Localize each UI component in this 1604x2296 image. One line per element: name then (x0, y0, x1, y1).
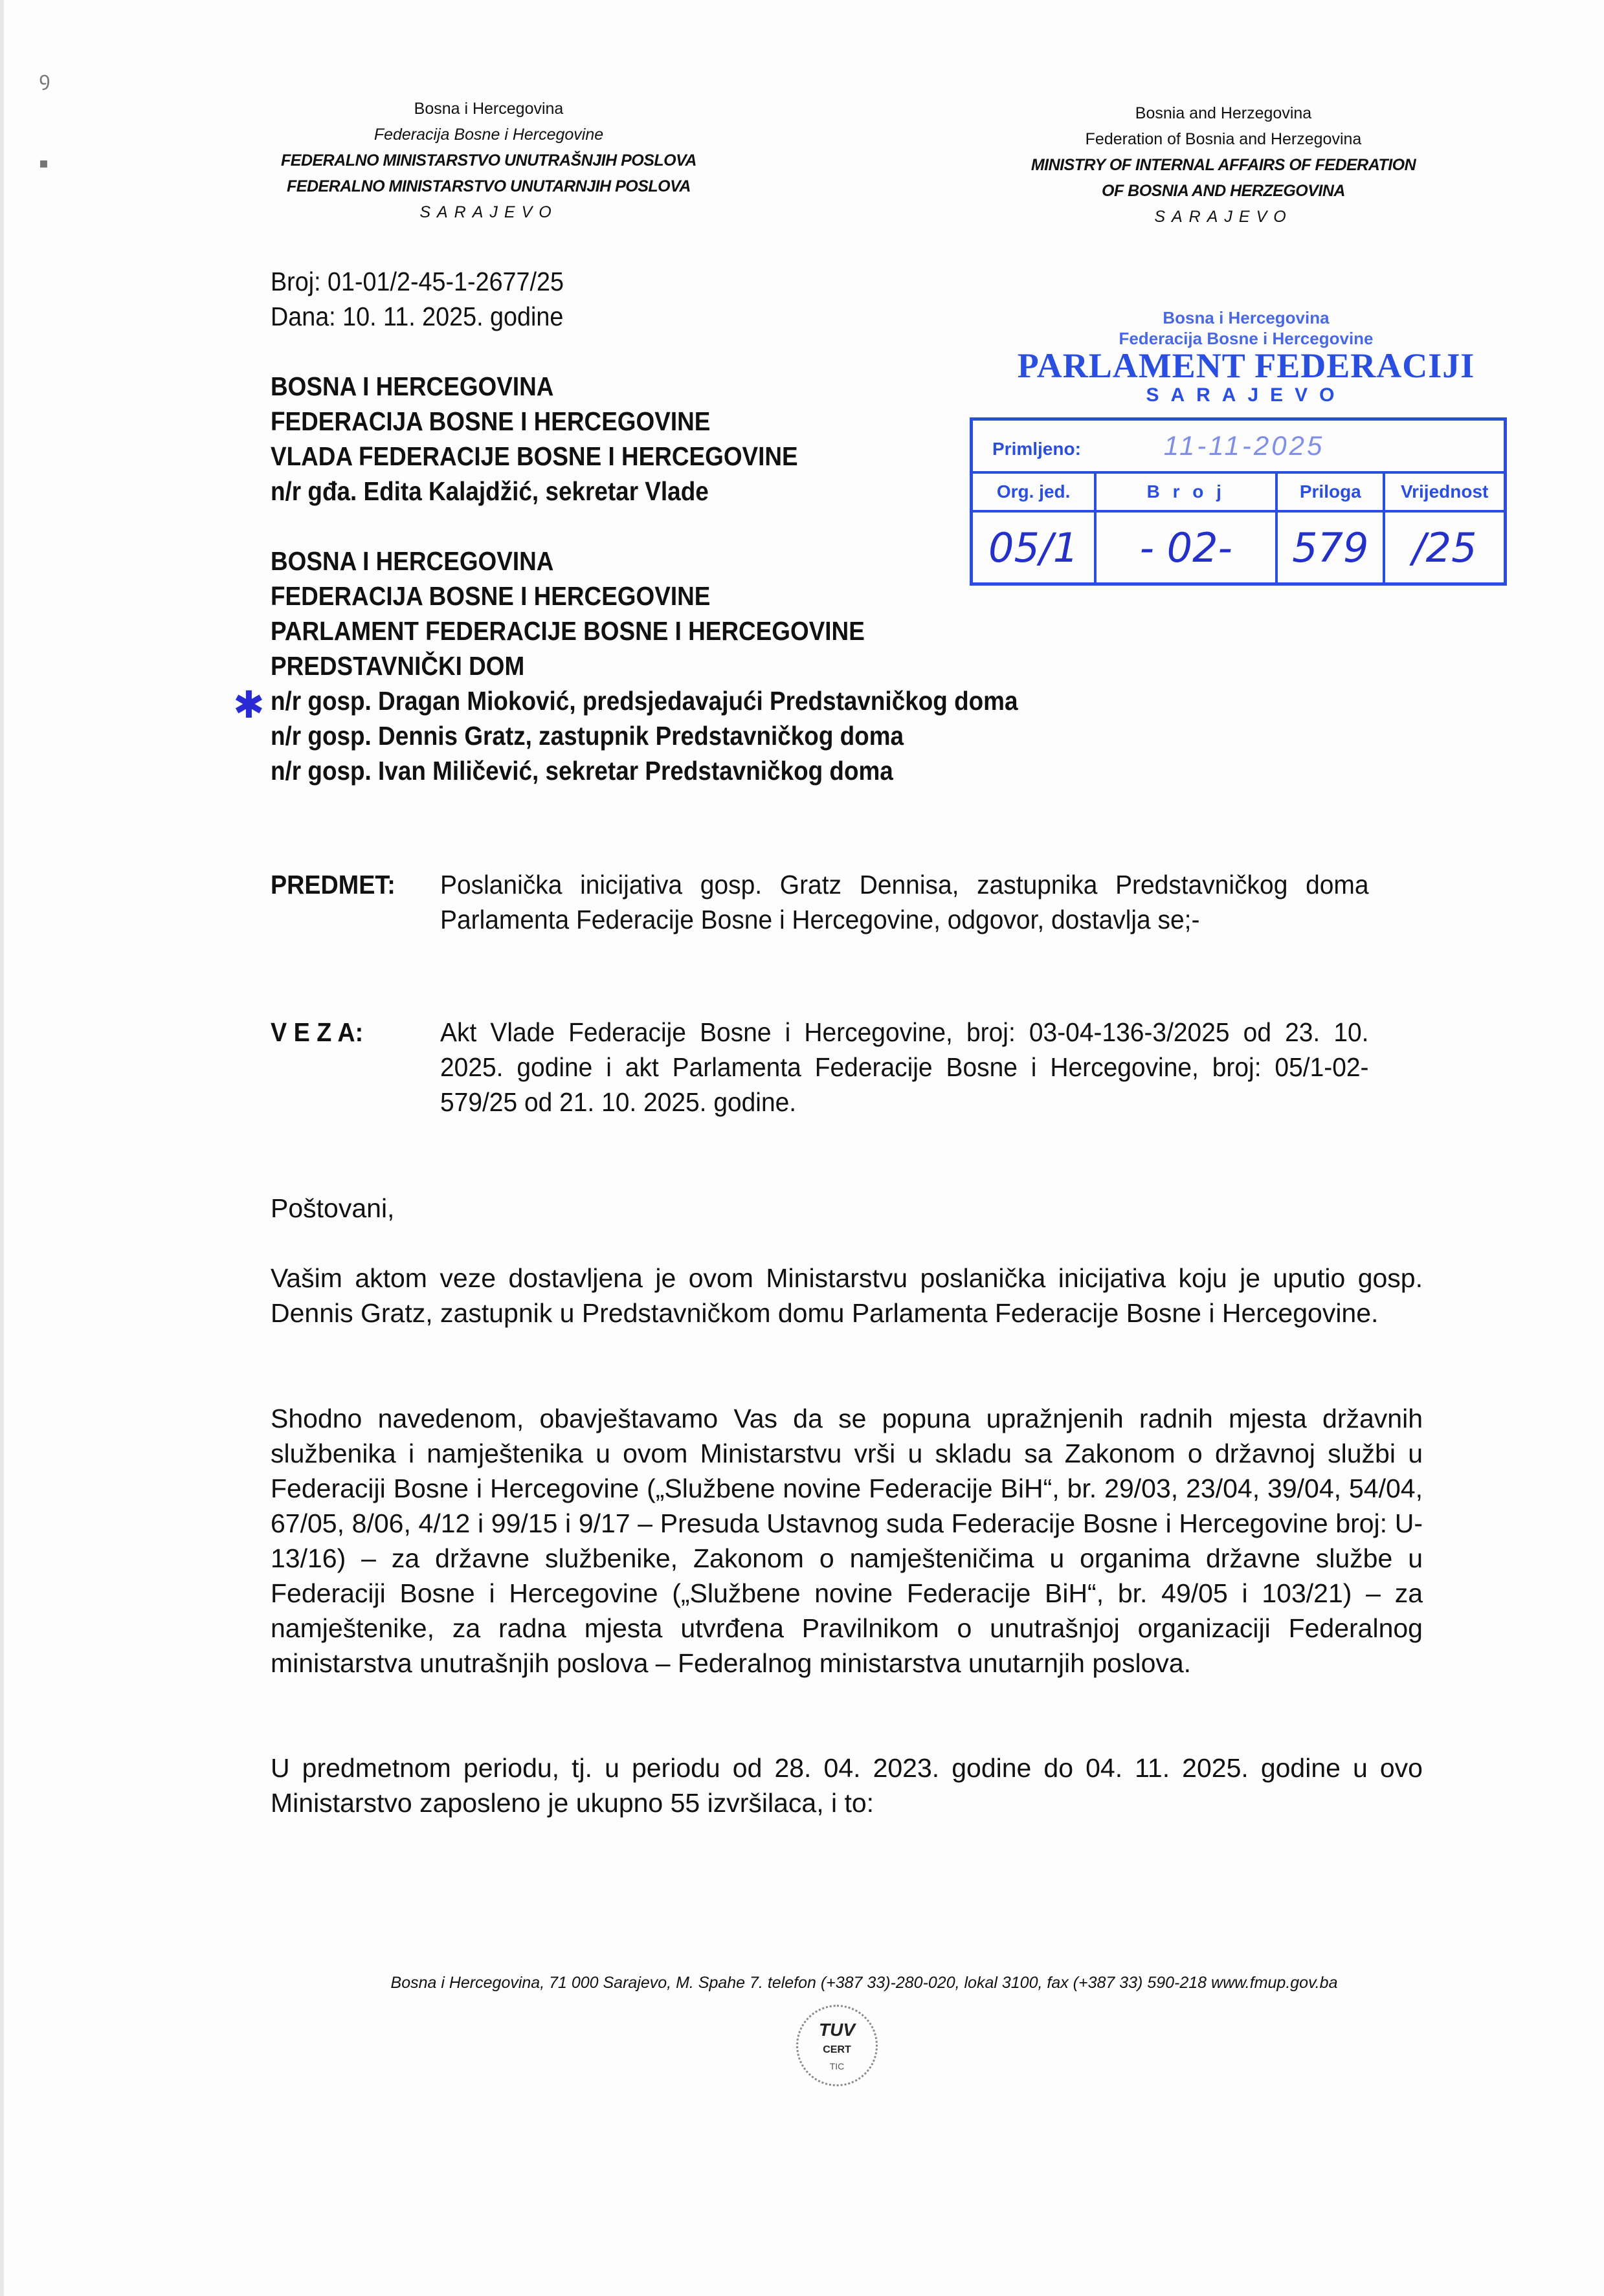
stamp-col-broj: B r o j (1095, 472, 1276, 511)
seal-brand: TUV (798, 2020, 876, 2040)
letterhead-country-en: Bosnia and Herzegovina (997, 100, 1450, 126)
margin-scribble-icon: ꝯ (39, 65, 50, 91)
reference-label: V E Z A: (271, 1015, 427, 1120)
handwritten-asterisk-icon: ✱ (233, 683, 265, 727)
recipient-line: PREDSTAVNIČKI DOM (271, 648, 1018, 683)
stamp-col-priloga: Priloga (1276, 472, 1384, 511)
recipient-line: FEDERACIJA BOSNE I HERCEGOVINE (271, 579, 1018, 613)
footer-contact: Bosna i Hercegovina, 71 000 Sarajevo, M.… (269, 1974, 1460, 1992)
stamp-val-vrijednost: /25 (1384, 511, 1505, 584)
scan-edge (0, 0, 4, 2296)
reference-row: V E Z A: Akt Vlade Federacije Bosne i He… (271, 1015, 1436, 1120)
letterhead-federation: Federacija Bosne i Hercegovine (256, 122, 722, 148)
recipient-block-parliament: BOSNA I HERCEGOVINA FEDERACIJA BOSNE I H… (271, 544, 1018, 788)
body-paragraph: Shodno navedenom, obavještavamo Vas da s… (271, 1401, 1423, 1681)
body-paragraph: U predmetnom periodu, tj. u periodu od 2… (271, 1750, 1423, 1820)
letterhead-country: Bosna i Hercegovina (256, 96, 722, 122)
recipient-attention: n/r gosp. Dragan Mioković, predsjedavaju… (271, 683, 1018, 718)
letterhead-ministry-en-2: OF BOSNIA AND HERZEGOVINA (997, 178, 1450, 204)
stamp-received-date: 11-11-2025 (1164, 430, 1325, 461)
letterhead-ministry-en-1: MINISTRY OF INTERNAL AFFAIRS OF FEDERATI… (997, 152, 1450, 178)
subject-text: Poslanička inicijativa gosp. Gratz Denni… (440, 867, 1369, 937)
recipient-line: VLADA FEDERACIJE BOSNE I HERCEGOVINE (271, 439, 798, 474)
stamp-federation: Federacija Bosne i Hercegovine (964, 328, 1528, 349)
stamp-city: SARAJEVO (964, 382, 1528, 408)
recipient-line: BOSNA I HERCEGOVINA (271, 369, 798, 404)
recipient-line: BOSNA I HERCEGOVINA (271, 544, 1018, 579)
seal-label: CERT (798, 2044, 876, 2056)
margin-dot-icon: ▪ (39, 155, 49, 171)
parliament-receipt-stamp: Bosna i Hercegovina Federacija Bosne i H… (964, 307, 1528, 586)
stamp-country: Bosna i Hercegovina (964, 307, 1528, 328)
stamp-parliament: PARLAMENT FEDERACIJI (964, 349, 1528, 382)
document-page: ꝯ ▪ Bosna i Hercegovina Federacija Bosne… (0, 0, 1604, 2296)
certification-seal-icon: TUV CERT TIC (796, 2005, 878, 2086)
seal-bottom: TIC (798, 2061, 876, 2071)
subject-row: PREDMET: Poslanička inicijativa gosp. Gr… (271, 867, 1436, 937)
recipient-block-government: BOSNA I HERCEGOVINA FEDERACIJA BOSNE I H… (271, 369, 798, 509)
letterhead-ministry-2: FEDERALNO MINISTARSTVO UNUTARNJIH POSLOV… (256, 173, 722, 199)
letterhead-federation-en: Federation of Bosnia and Herzegovina (997, 126, 1450, 152)
stamp-val-broj: - 02- (1095, 511, 1276, 584)
subject-label: PREDMET: (271, 867, 427, 937)
stamp-register-table: Primljeno: 11-11-2025 Org. jed. B r o j … (970, 417, 1507, 586)
reference-number: Broj: 01-01/2-45-1-2677/25 (271, 264, 564, 299)
recipient-attention: n/r gosp. Ivan Miličević, sekretar Preds… (271, 753, 1018, 788)
recipient-attention: n/r gđa. Edita Kalajdžić, sekretar Vlade (271, 474, 798, 509)
salutation: Poštovani, (271, 1191, 1423, 1226)
stamp-received-label: Primljeno: (992, 439, 1081, 459)
stamp-val-priloga: 579 (1276, 511, 1384, 584)
letterhead-right: Bosnia and Herzegovina Federation of Bos… (997, 100, 1450, 230)
recipient-attention: n/r gosp. Dennis Gratz, zastupnik Predst… (271, 718, 1018, 753)
stamp-val-org: 05/1 (972, 511, 1096, 584)
document-meta: Broj: 01-01/2-45-1-2677/25 Dana: 10. 11.… (271, 264, 564, 334)
letterhead-city-en: SARAJEVO (997, 204, 1450, 230)
letterhead-city: SARAJEVO (256, 199, 722, 225)
body-paragraph: Vašim aktom veze dostavljena je ovom Min… (271, 1261, 1423, 1330)
stamp-col-vrijednost: Vrijednost (1384, 472, 1505, 511)
stamp-col-org: Org. jed. (972, 472, 1096, 511)
reference-text: Akt Vlade Federacije Bosne i Hercegovine… (440, 1015, 1369, 1120)
recipient-line: FEDERACIJA BOSNE I HERCEGOVINE (271, 404, 798, 439)
letterhead-left: Bosna i Hercegovina Federacija Bosne i H… (256, 96, 722, 225)
document-date: Dana: 10. 11. 2025. godine (271, 299, 564, 334)
recipient-line: PARLAMENT FEDERACIJE BOSNE I HERCEGOVINE (271, 613, 1018, 648)
letterhead-ministry-1: FEDERALNO MINISTARSTVO UNUTRAŠNJIH POSLO… (256, 148, 722, 173)
